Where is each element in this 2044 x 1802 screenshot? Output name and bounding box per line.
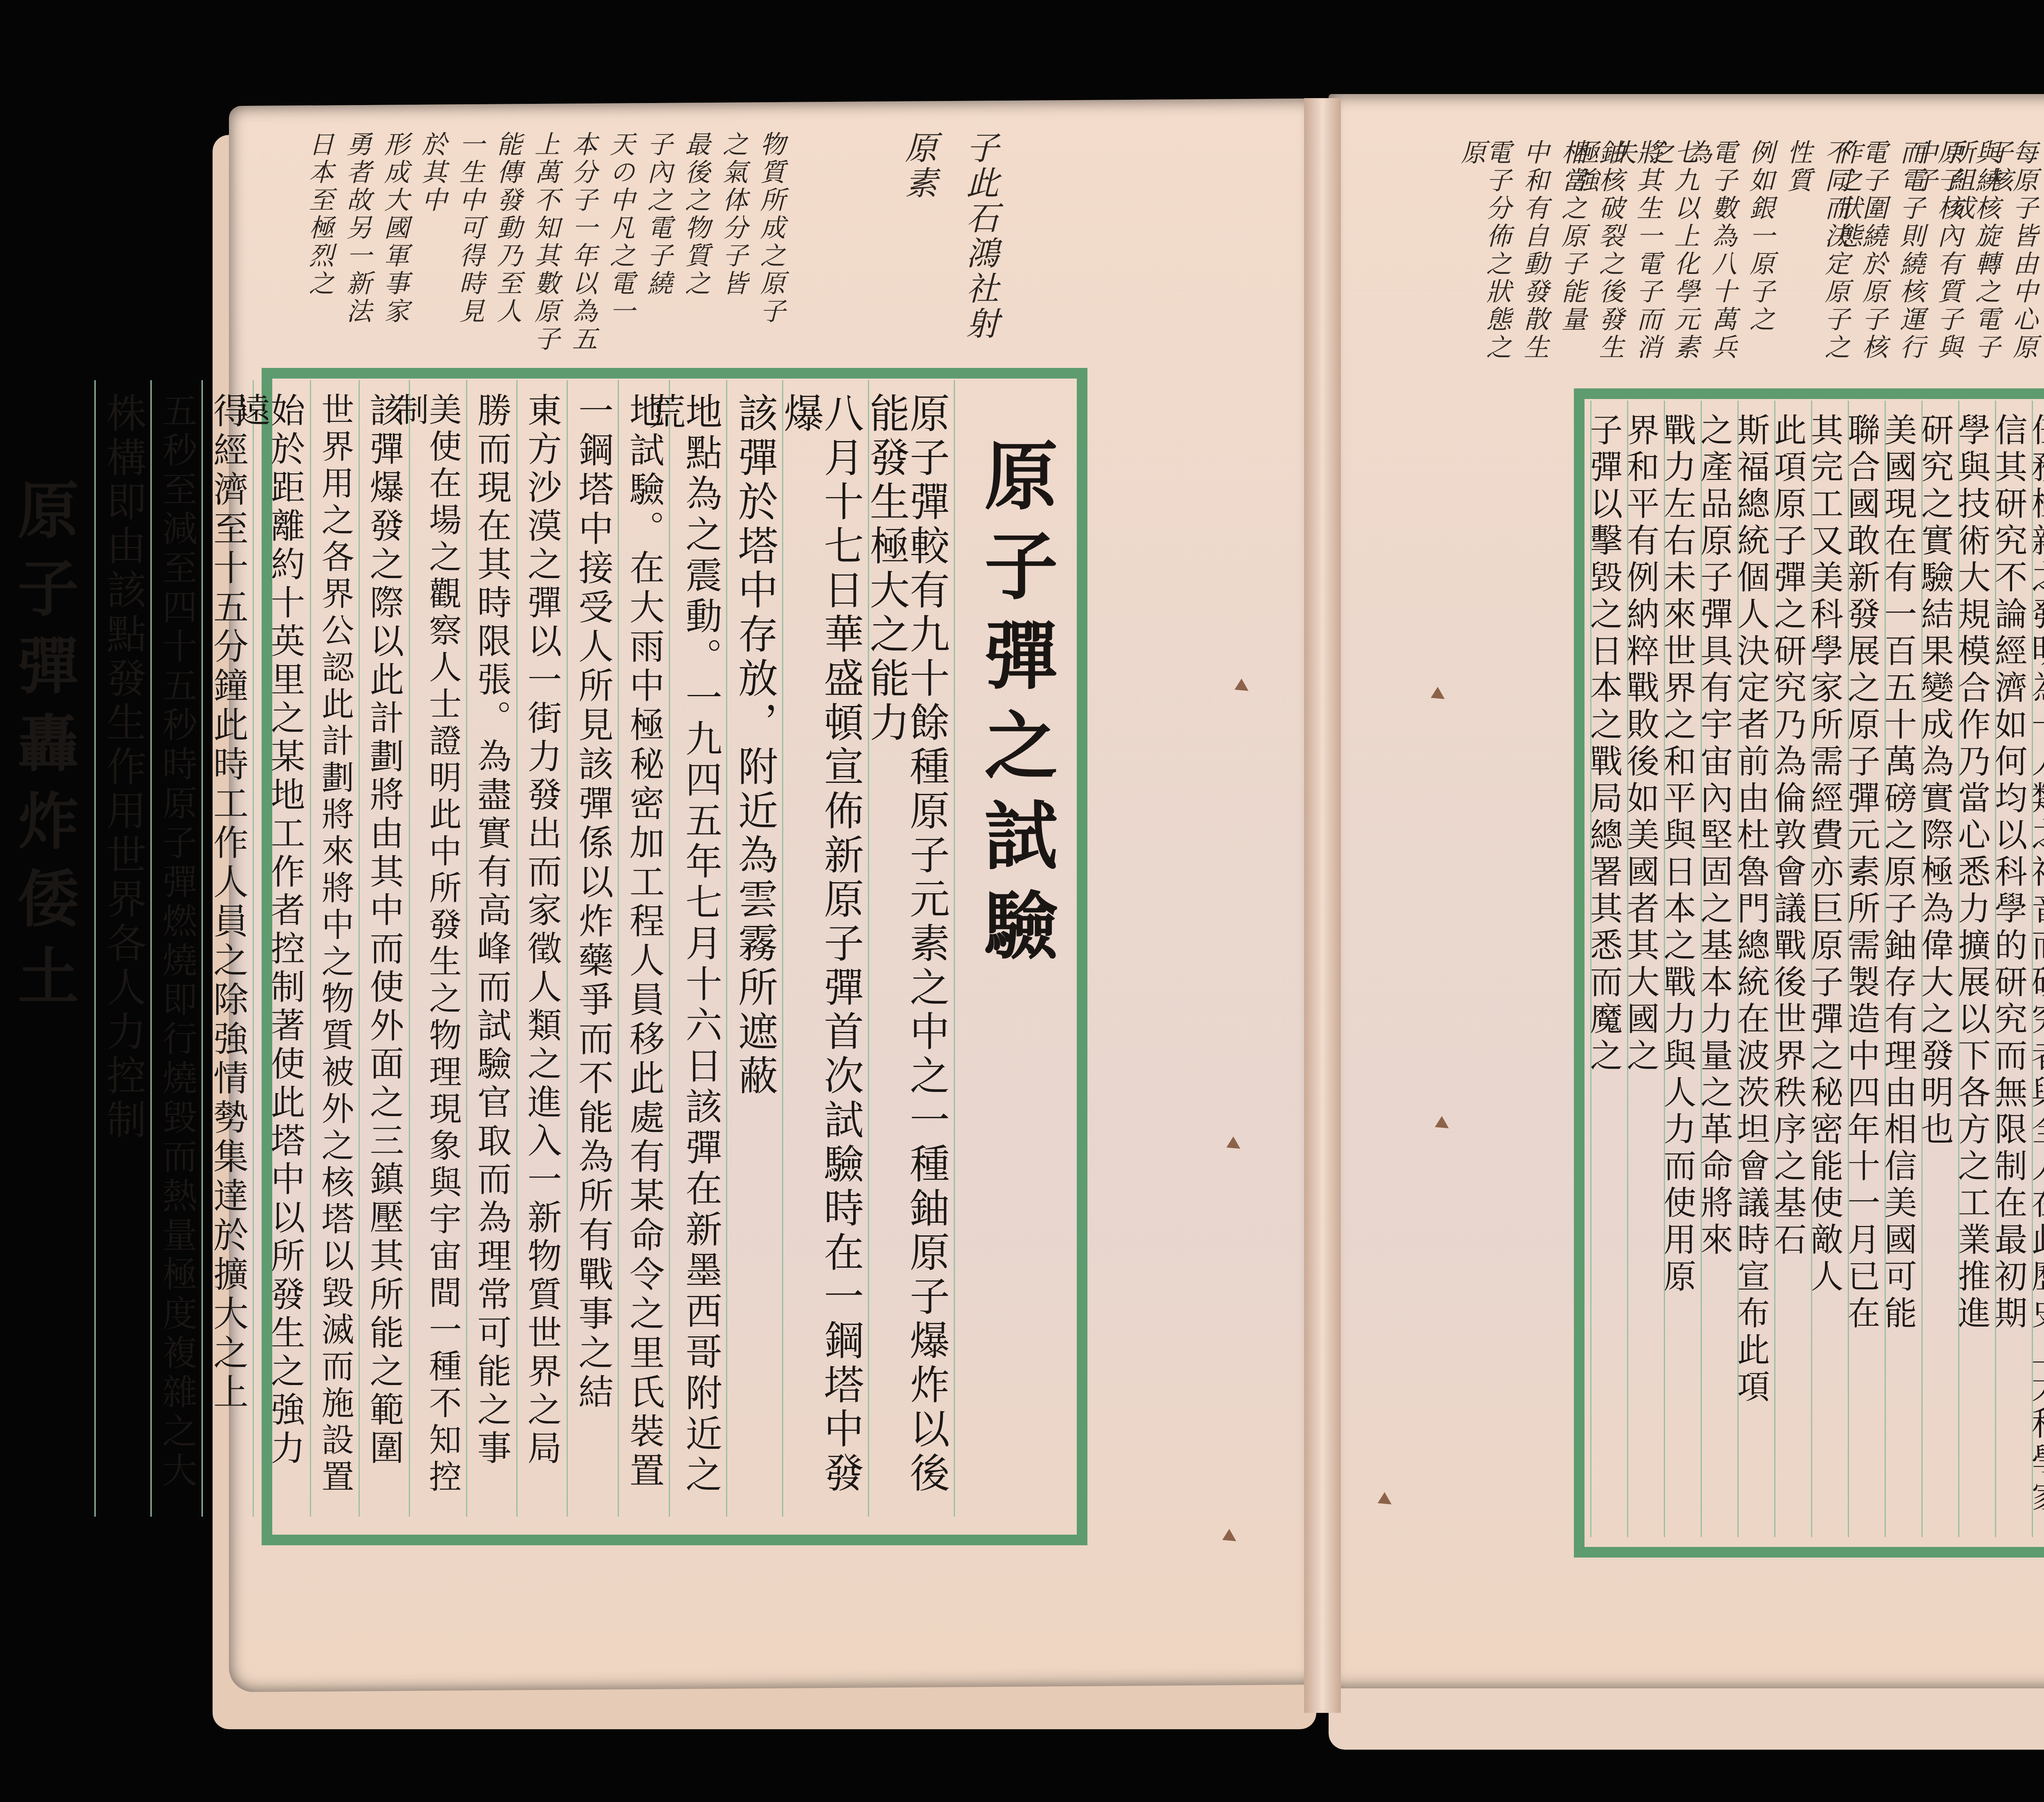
margin-note-column: 質之單位至於極微	[2036, 139, 2044, 376]
margin-note-column: 本分子一年以為五	[558, 131, 595, 360]
margin-note-column: 上萬不知其數原子	[520, 131, 558, 360]
margin-note-column: 每原子皆由中心原子核	[1998, 139, 2036, 376]
margin-note-column: 七九以上化學元素之	[1660, 139, 1697, 376]
margin-note-column: 電子圍繞於原子核作之狀態	[1848, 139, 1885, 376]
text-column: 一鋼塔中接受人所見該彈係以炸藥爭而不能為所有戰事之結	[567, 380, 618, 1517]
margin-note-column: 形成大國軍事家	[370, 131, 407, 360]
margin-note-column: 電子分佈之狀態之原	[1472, 139, 1509, 376]
text-column: 五秒至減至四十五秒時原子彈燃燒即行燒毀而熱量極度複雜之大	[150, 380, 202, 1517]
text-column: 勝而現在其時限張。為盡實有高峰而試驗官取而為理常可能之事	[466, 380, 516, 1517]
text-column: 地試驗。在大雨中極秘密加工程人員移此處有某命令之里氏裝置	[618, 380, 669, 1517]
left-margin-notes: 子此石鴻社射 原素 物質所成之原子 之氣体分子皆 最後之物質之 子內之電子繞 天…	[294, 131, 996, 360]
margin-note-column: 一生中可得時見	[445, 131, 482, 360]
text-column: 原子彈較有九十餘種原子元素之中之一種鈾原子爆炸以後能發生極大之能力	[868, 380, 954, 1517]
text-column: 得經濟至十五分鐘此時工作人員之除強情勢集達於擴大之上	[202, 380, 253, 1517]
margin-note-column: 電子數為八十萬兵為	[1697, 139, 1735, 376]
margin-note-column: 鈾核破裂之後發生極強	[1585, 139, 1622, 376]
margin-note-column: 例如銀一原子之	[1735, 139, 1773, 376]
text-column: 該彈爆發之際以此計劃將由其中而使外面之三鎮壓其所能之範圍	[359, 380, 409, 1517]
text-column: 世界用之各界公認此計劃將來將中之物質被外之核塔以毀滅而施設置	[310, 380, 359, 1517]
margin-note-column: 中和有自動發散生	[1509, 139, 1547, 376]
left-page-body: 原子彈之試驗 原子彈較有九十餘種原子元素之中之一種鈾原子爆炸以後能發生極大之能力…	[274, 380, 1075, 1533]
margin-note-column: 最後之物質之	[670, 131, 708, 360]
right-page-body: 原子彈之發明 美加州大學專家勞倫斯博士為研究原子彈之主要人物與加州物理學教授 歐…	[1586, 401, 2044, 1545]
text-column: 該彈於塔中存放，附近為雲霧所遮蔽	[726, 380, 782, 1517]
margin-note-column: 之氣体分子皆	[708, 131, 746, 360]
text-column: 任務極新之發明為一人類之福音而研究者與全人在此歷史上大科學家	[2032, 401, 2044, 1537]
margin-note-column: 日本至極烈之	[294, 131, 332, 360]
margin-note-column: 勇者故另一新法	[332, 131, 370, 360]
section-title: 原子彈之試驗	[954, 380, 1075, 1517]
margin-note-column: 子內之電子繞	[633, 131, 670, 360]
text-column: 地點為之震動。一九四五年七月十六日該彈在新墨西哥附近之荒	[669, 380, 726, 1517]
margin-note-heading: 子此石鴻社射	[951, 131, 996, 360]
text-column: 東方沙漠之彈以一街力發出而家徵人類之進入一新物質世界之局	[516, 380, 567, 1517]
margin-note-column: 於其中	[407, 131, 445, 360]
right-margin-notes: 原子炸彈的原理 原子乃構成一切物 質之單位至於極微 每原子皆由中心原子核 與繞核…	[1472, 139, 2044, 376]
margin-note-heading: 原素	[890, 131, 935, 360]
margin-note-column: 物質所成之原子	[746, 131, 783, 360]
section-title: 原子彈轟炸倭土	[0, 380, 94, 1517]
margin-note-column: 性質	[1773, 139, 1810, 376]
text-column: 美使在場之觀察人士證明此中所發生之物理現象與宇宙間一種不知控制	[409, 380, 466, 1517]
text-column: 株構即由該點發生作用世界各人力控制	[94, 380, 150, 1517]
margin-note-column: 天の中凡之電一	[595, 131, 633, 360]
book-gutter	[1304, 98, 1341, 1713]
text-column: 八月十七日華盛頓宣佈新原子彈首次試驗時在一鋼塔中發爆	[782, 380, 868, 1517]
margin-note-column: 將其生一電子而消失	[1622, 139, 1660, 376]
text-column: 始於距離約十英里之某地工作者控制著使此塔中以所發生之強力遠	[253, 380, 310, 1517]
margin-note-column: 能傳發動乃至人	[482, 131, 520, 360]
